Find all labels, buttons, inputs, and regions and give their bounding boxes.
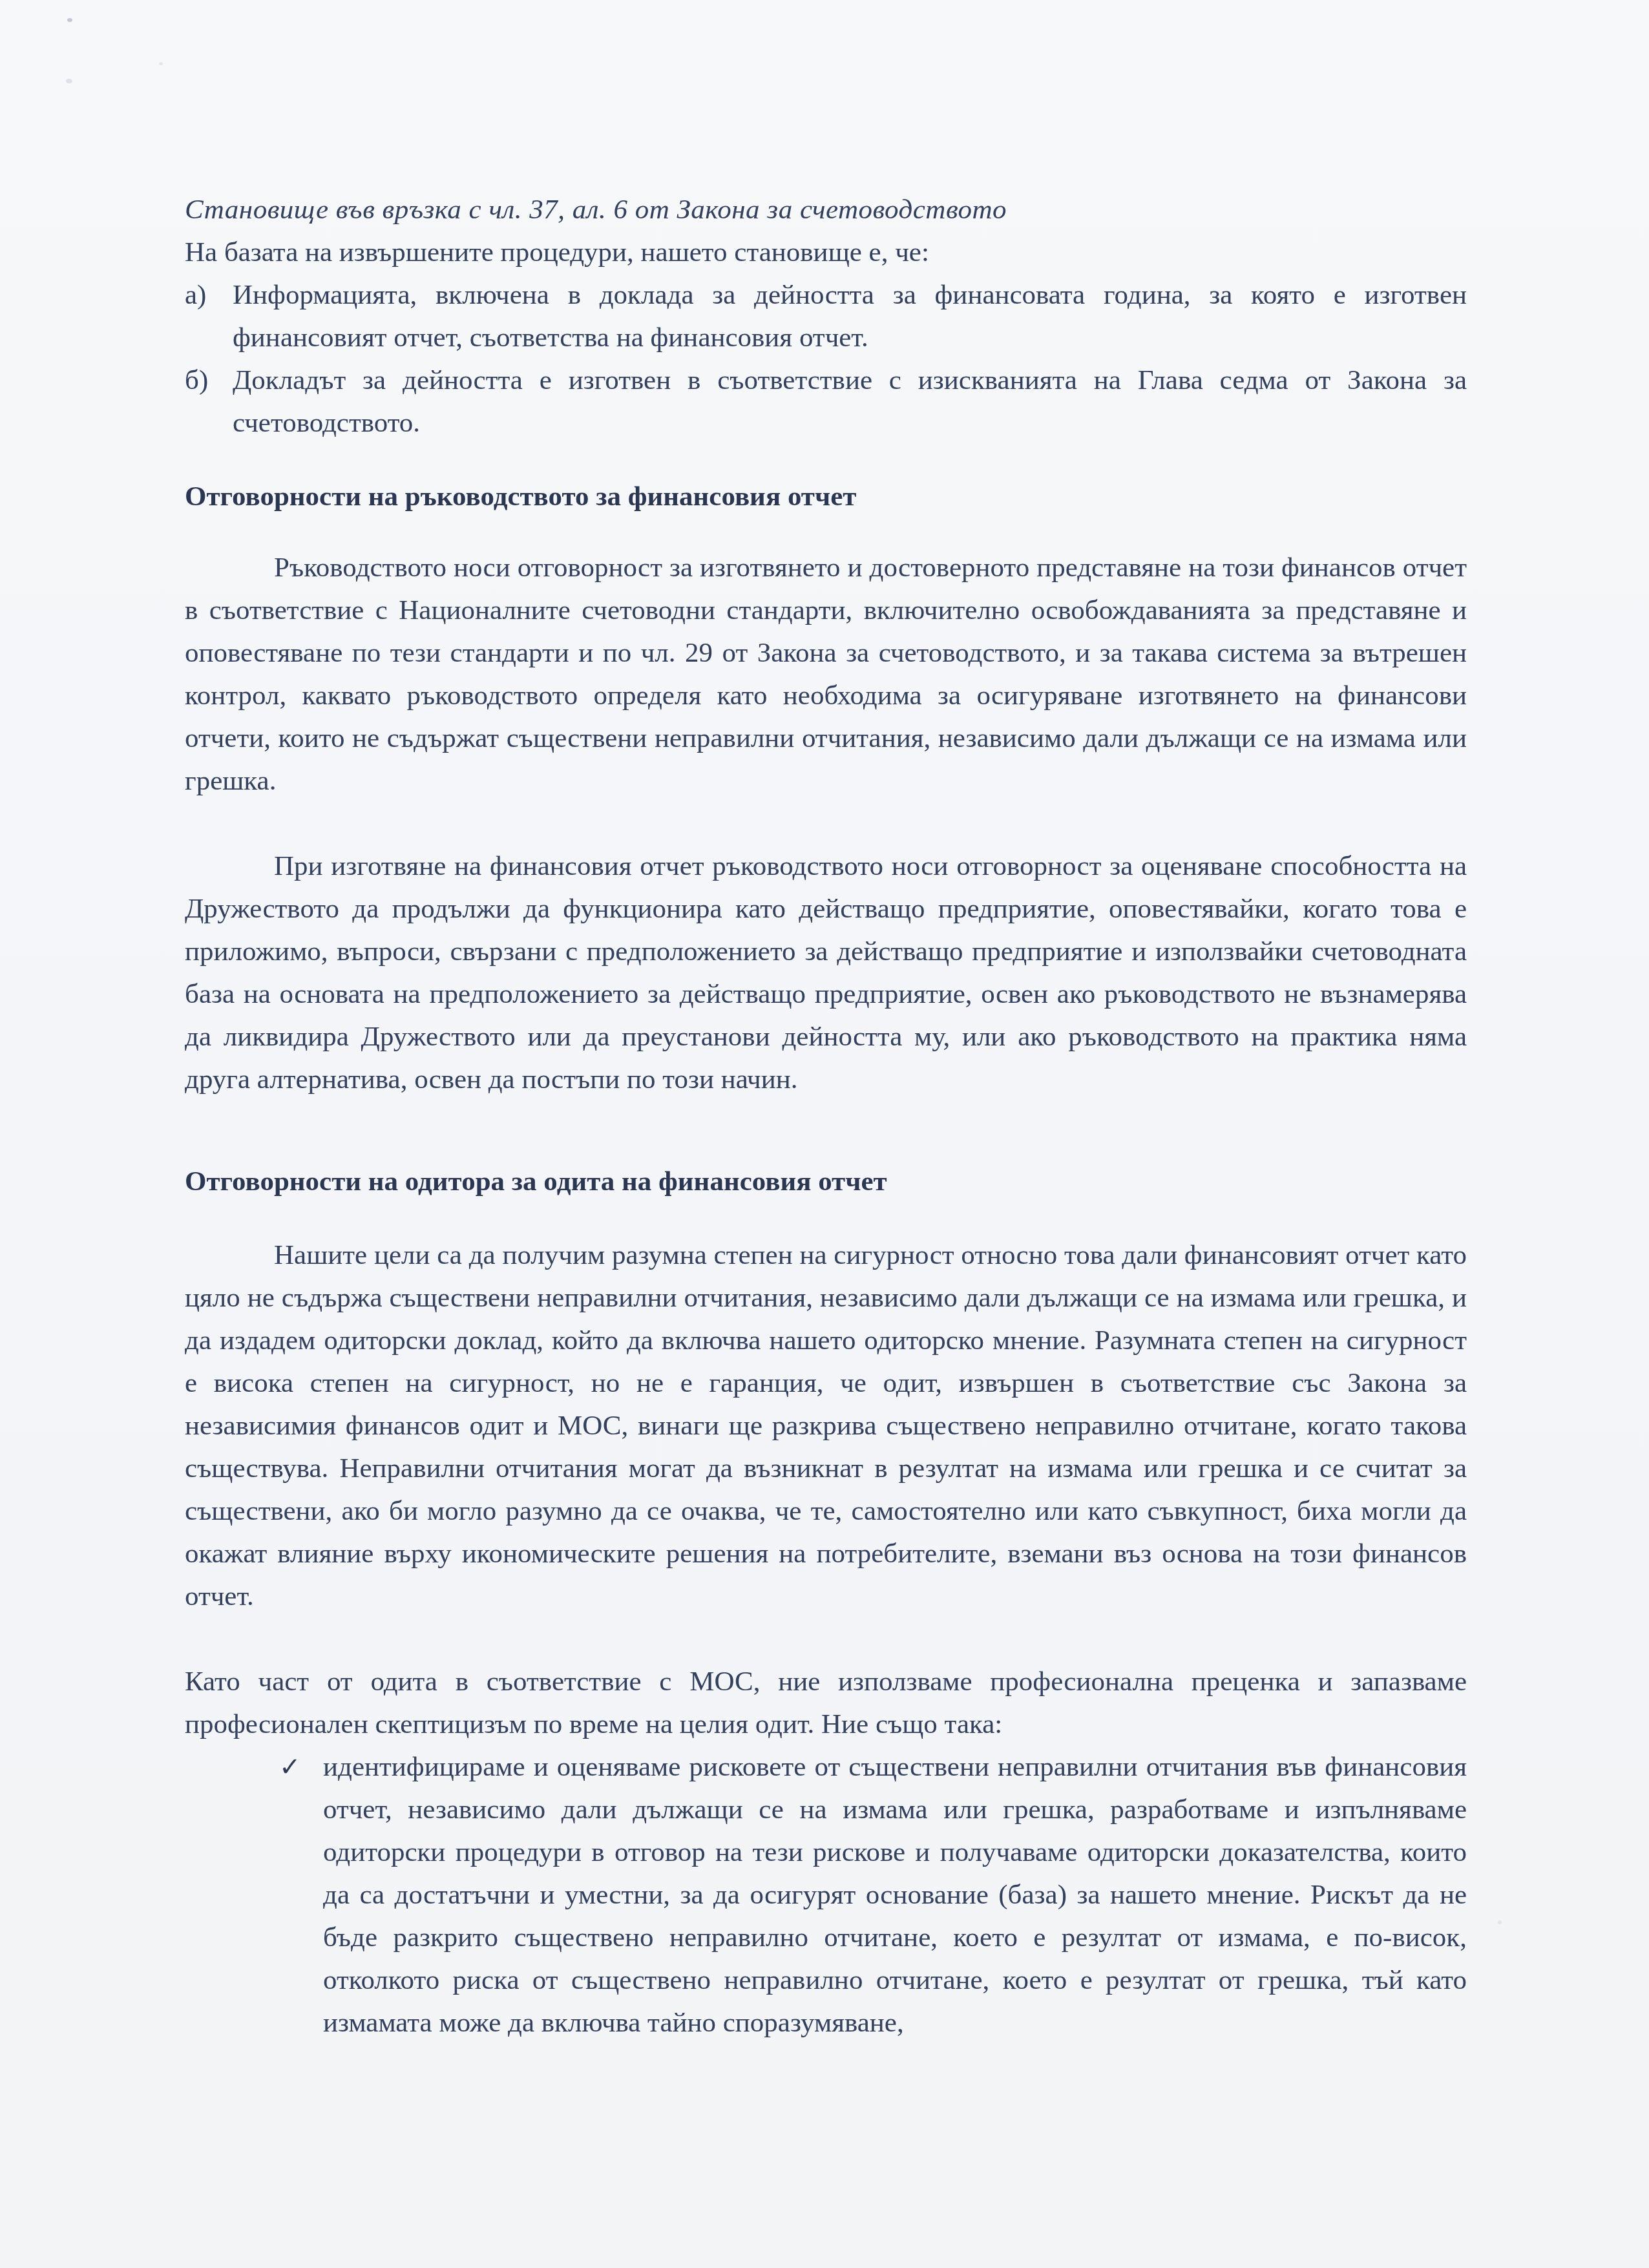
auditor-responsibilities-heading: Отговорности на одитора за одита на фина… (185, 1160, 1467, 1203)
management-responsibilities-paragraph-1: Ръководството носи отговорност за изготв… (185, 547, 1467, 803)
management-responsibilities-paragraph-2: При изготвяне на финансовия отчет ръково… (185, 845, 1467, 1101)
scan-speck (159, 62, 163, 65)
opinion-list-item-b-text: Докладът за дейността е изготвен в съотв… (233, 359, 1467, 445)
audit-procedures-bullet-text: идентифицираме и оценяваме рисковете от … (323, 1746, 1467, 2044)
scan-speck (66, 79, 72, 83)
scan-speck (67, 18, 72, 22)
opinion-list-item-b: б) Докладът за дейността е изготвен в съ… (185, 359, 1467, 445)
scanned-audit-report-page: Становище във връзка с чл. 37, ал. 6 от … (0, 0, 1649, 2268)
opinion-list-item-a: а) Информацията, включена в доклада за д… (185, 274, 1467, 359)
opinion-list-item-a-label: а) (185, 274, 233, 317)
opinion-section-title: Становище във връзка с чл. 37, ал. 6 от … (185, 189, 1467, 231)
opinion-intro-line: На базата на извършените процедури, наше… (185, 231, 1467, 274)
opinion-list-item-a-text: Информацията, включена в доклада за дейн… (233, 274, 1467, 359)
management-responsibilities-heading: Отговорности на ръководството за финансо… (185, 476, 1467, 518)
scan-speck (1498, 1920, 1502, 1924)
auditor-responsibilities-paragraph-1: Нашите цели са да получим разумна степен… (185, 1234, 1467, 1618)
checkmark-icon: ✓ (279, 1746, 323, 1789)
audit-procedures-bullet-item: ✓ идентифицираме и оценяваме рисковете о… (185, 1746, 1467, 2044)
opinion-list-item-b-label: б) (185, 359, 233, 402)
auditor-responsibilities-paragraph-2: Като част от одита в съответствие с МОС,… (185, 1661, 1467, 1746)
